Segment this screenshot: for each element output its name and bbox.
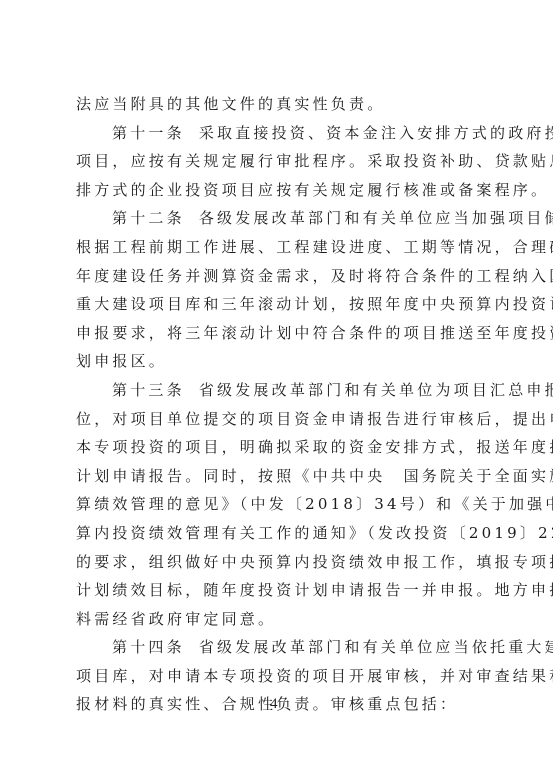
text-line: 计划申请报告。同时，按照《中共中央 国务院关于全面实施预 [76,462,478,491]
paragraph-article-12: 第十二条各级发展改革部门和有关单位应当加强项目储备， 根据工程前期工作进展、工程… [76,204,478,376]
text-line: 项目，应按有关规定履行审批程序。采取投资补助、贷款贴息安 [76,147,478,176]
article-number: 第十三条 [112,381,185,399]
text-line: 法应当附具的其他文件的真实性负责。 [76,90,478,119]
article-number: 第十二条 [112,209,185,227]
text-line: 第十四条省级发展改革部门和有关单位应当依托重大建设 [76,633,478,662]
text-line: 第十二条各级发展改革部门和有关单位应当加强项目储备， [76,204,478,233]
text-line: 料需经省政府审定同意。 [76,605,478,634]
text-line: 申报要求，将三年滚动计划中符合条件的项目推送至年度投资计 [76,319,478,348]
line-text: 各级发展改革部门和有关单位应当加强项目储备， [199,209,553,227]
text-line: 年度建设任务并测算资金需求，及时将符合条件的工程纳入国家 [76,262,478,291]
line-text: 省级发展改革部门和有关单位为项目汇总申报单 [199,381,553,399]
paragraph-article-11: 第十一条采取直接投资、资本金注入安排方式的政府投资 项目，应按有关规定履行审批程… [76,119,478,205]
paragraph-continuation: 法应当附具的其他文件的真实性负责。 [76,90,478,119]
text-line: 的要求，组织做好中央预算内投资绩效申报工作，填报专项投资 [76,548,478,577]
text-line: 项目库，对申请本专项投资的项目开展审核，并对审查结果和申 [76,662,478,691]
text-line: 重大建设项目库和三年滚动计划，按照年度中央预算内投资计划 [76,290,478,319]
document-body: 法应当附具的其他文件的真实性负责。 第十一条采取直接投资、资本金注入安排方式的政… [76,90,478,719]
text-line: 第十三条省级发展改革部门和有关单位为项目汇总申报单 [76,376,478,405]
text-line: 位，对项目单位提交的项目资金申请报告进行审核后，提出申请 [76,405,478,434]
text-line: 第十一条采取直接投资、资本金注入安排方式的政府投资 [76,119,478,148]
text-line: 算内投资绩效管理有关工作的通知》（发改投资〔2019〕220号） [76,519,478,548]
text-line: 划申报区。 [76,347,478,376]
document-page: 法应当附具的其他文件的真实性负责。 第十一条采取直接投资、资本金注入安排方式的政… [0,0,553,783]
text-line: 计划绩效目标，随年度投资计划申请报告一并申报。地方申报材 [76,576,478,605]
article-number: 第十一条 [112,124,185,142]
page-number: 4 [270,696,278,713]
article-number: 第十四条 [112,638,185,656]
text-line: 排方式的企业投资项目应按有关规定履行核准或备案程序。 [76,176,478,205]
text-line: 本专项投资的项目，明确拟采取的资金安排方式，报送年度投资 [76,433,478,462]
text-line: 根据工程前期工作进展、工程建设进度、工期等情况，合理确定 [76,233,478,262]
line-text: 省级发展改革部门和有关单位应当依托重大建设 [199,638,553,656]
line-text: 采取直接投资、资本金注入安排方式的政府投资 [199,124,553,142]
paragraph-article-13: 第十三条省级发展改革部门和有关单位为项目汇总申报单 位，对项目单位提交的项目资金… [76,376,478,633]
text-line: 算绩效管理的意见》（中发〔2018〕34号）和《关于加强中央预 [76,490,478,519]
